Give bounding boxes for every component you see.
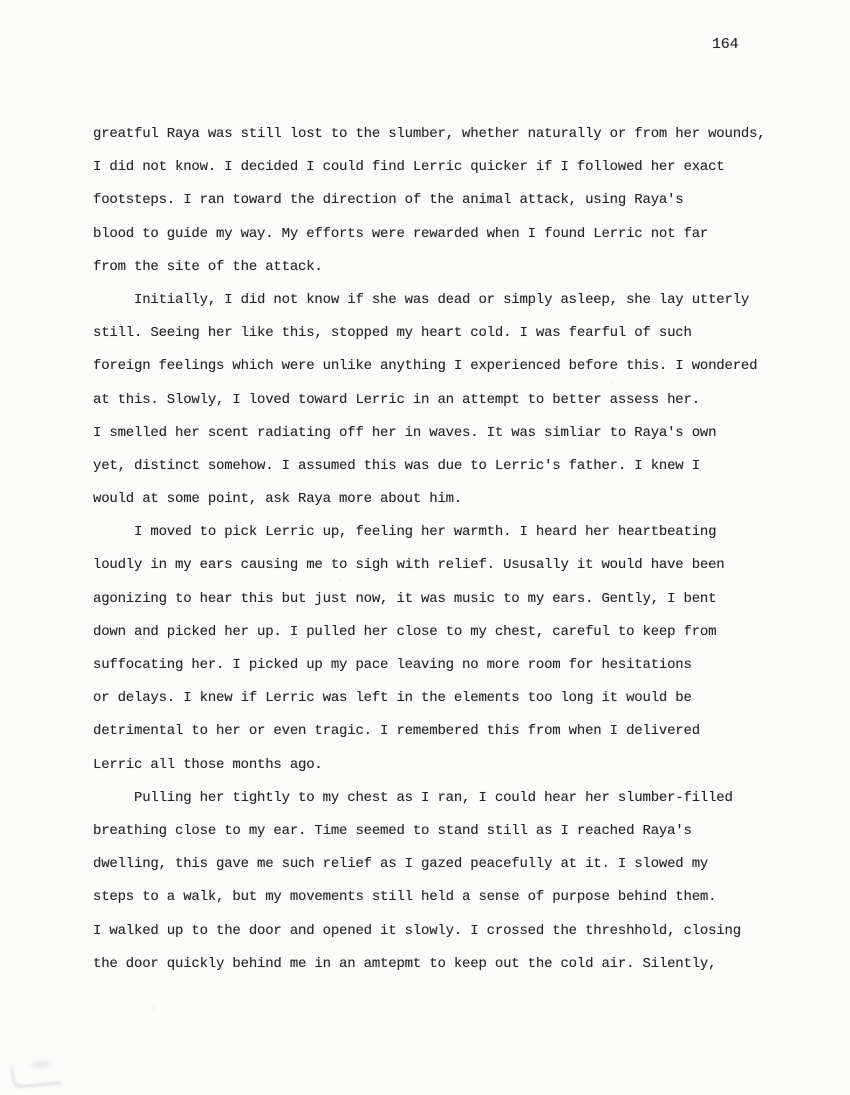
- text-line: I smelled her scent radiating off her in…: [93, 417, 813, 450]
- text-line: suffocating her. I picked up my pace lea…: [93, 649, 813, 682]
- paragraph: I moved to pick Lerric up, feeling her w…: [93, 516, 813, 782]
- text-line: from the site of the attack.: [93, 251, 813, 284]
- text-line: Pulling her tightly to my chest as I ran…: [93, 782, 813, 815]
- text-line: steps to a walk, but my movements still …: [93, 881, 813, 914]
- text-line: at this. Slowly, I loved toward Lerric i…: [93, 384, 813, 417]
- text-line: yet, distinct somehow. I assumed this wa…: [93, 450, 813, 483]
- text-line: dwelling, this gave me such relief as I …: [93, 848, 813, 881]
- text-line: foreign feelings which were unlike anyth…: [93, 350, 813, 383]
- manuscript-page: 164 greatful Raya was still lost to the …: [0, 0, 850, 1095]
- text-block: greatful Raya was still lost to the slum…: [93, 118, 813, 981]
- text-line: I moved to pick Lerric up, feeling her w…: [93, 516, 813, 549]
- text-line: Initially, I did not know if she was dea…: [93, 284, 813, 317]
- text-line: loudly in my ears causing me to sigh wit…: [93, 549, 813, 582]
- text-line: Lerric all those months ago.: [93, 749, 813, 782]
- paragraph: greatful Raya was still lost to the slum…: [93, 118, 813, 284]
- scan-smudge-mark: [11, 1064, 61, 1089]
- text-line: I walked up to the door and opened it sl…: [93, 915, 813, 948]
- text-line: I did not know. I decided I could find L…: [93, 151, 813, 184]
- text-line: the door quickly behind me in an amtepmt…: [93, 948, 813, 981]
- paragraph: Pulling her tightly to my chest as I ran…: [93, 782, 813, 981]
- text-line: detrimental to her or even tragic. I rem…: [93, 715, 813, 748]
- text-line: agonizing to hear this but just now, it …: [93, 583, 813, 616]
- text-line: greatful Raya was still lost to the slum…: [93, 118, 813, 151]
- text-line: or delays. I knew if Lerric was left in …: [93, 682, 813, 715]
- text-line: footsteps. I ran toward the direction of…: [93, 184, 813, 217]
- text-line: breathing close to my ear. Time seemed t…: [93, 815, 813, 848]
- text-line: would at some point, ask Raya more about…: [93, 483, 813, 516]
- text-line: still. Seeing her like this, stopped my …: [93, 317, 813, 350]
- text-line: down and picked her up. I pulled her clo…: [93, 616, 813, 649]
- paragraph: Initially, I did not know if she was dea…: [93, 284, 813, 516]
- text-line: blood to guide my way. My efforts were r…: [93, 218, 813, 251]
- page-number: 164: [712, 36, 738, 53]
